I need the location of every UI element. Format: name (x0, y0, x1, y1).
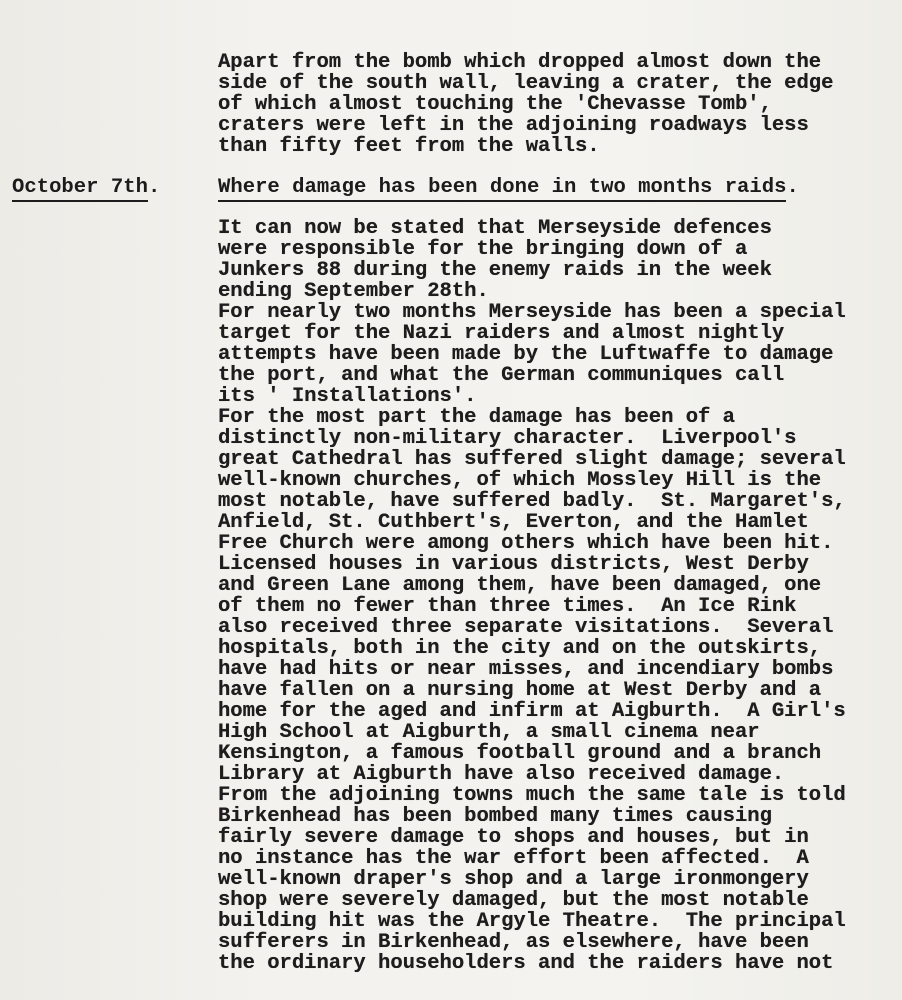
text-line: hospitals, both in the city and on the o… (218, 638, 821, 659)
text-line: have fallen on a nursing home at West De… (218, 680, 821, 701)
entry-date-suffix: . (148, 176, 160, 199)
text-line: were responsible for the bringing down o… (218, 239, 747, 260)
text-line: have had hits or near misses, and incend… (218, 659, 833, 680)
text-line: of which almost touching the 'Chevasse T… (218, 94, 772, 115)
text-line: and Green Lane among them, have been dam… (218, 575, 821, 596)
text-line: Anfield, St. Cuthbert's, Everton, and th… (218, 512, 809, 533)
text-line: Free Church were among others which have… (218, 533, 833, 554)
text-line: Kensington, a famous football ground and… (218, 743, 821, 764)
text-line: of them no fewer than three times. An Ic… (218, 596, 797, 617)
text-line: fairly severe damage to shops and houses… (218, 827, 809, 848)
entry-heading: Where damage has been done in two months… (218, 177, 799, 198)
text-line: It can now be stated that Merseyside def… (218, 218, 772, 239)
text-line: attempts have been made by the Luftwaffe… (218, 344, 833, 365)
text-line: well-known churches, of which Mossley Hi… (218, 470, 821, 491)
entry-date: October 7th. (12, 177, 160, 198)
text-line: most notable, have suffered badly. St. M… (218, 491, 846, 512)
text-line: Library at Aigburth have also received d… (218, 764, 784, 785)
text-line: side of the south wall, leaving a crater… (218, 73, 833, 94)
text-line: Licensed houses in various districts, We… (218, 554, 809, 575)
text-line: Birkenhead has been bombed many times ca… (218, 806, 772, 827)
text-line: Junkers 88 during the enemy raids in the… (218, 260, 772, 281)
text-line: also received three separate visitations… (218, 617, 833, 638)
text-line: Apart from the bomb which dropped almost… (218, 52, 821, 73)
text-line: well-known draper's shop and a large iro… (218, 869, 809, 890)
entry-date-text: October 7th (12, 176, 148, 202)
text-line: target for the Nazi raiders and almost n… (218, 323, 784, 344)
text-line: the port, and what the German communique… (218, 365, 784, 386)
text-line: sufferers in Birkenhead, as elsewhere, h… (218, 932, 809, 953)
text-line: For nearly two months Merseyside has bee… (218, 302, 846, 323)
text-line: shop were severely damaged, but the most… (218, 890, 809, 911)
text-line: its ' Installations'. (218, 386, 476, 407)
text-line: ending September 28th. (218, 281, 489, 302)
text-line: High School at Aigburth, a small cinema … (218, 722, 760, 743)
text-line: no instance has the war effort been affe… (218, 848, 809, 869)
text-line: distinctly non-military character. Liver… (218, 428, 797, 449)
text-line: great Cathedral has suffered slight dama… (218, 449, 846, 470)
typewritten-page: Apart from the bomb which dropped almost… (0, 0, 902, 1000)
entry-heading-text: Where damage has been done in two months… (218, 176, 786, 202)
text-line: For the most part the damage has been of… (218, 407, 735, 428)
text-line: craters were left in the adjoining roadw… (218, 115, 809, 136)
text-line: building hit was the Argyle Theatre. The… (218, 911, 846, 932)
text-line: home for the aged and infirm at Aigburth… (218, 701, 846, 722)
text-line: the ordinary householders and the raider… (218, 953, 833, 974)
entry-heading-suffix: . (786, 176, 798, 199)
text-line: From the adjoining towns much the same t… (218, 785, 846, 806)
text-line: than fifty feet from the walls. (218, 136, 600, 157)
